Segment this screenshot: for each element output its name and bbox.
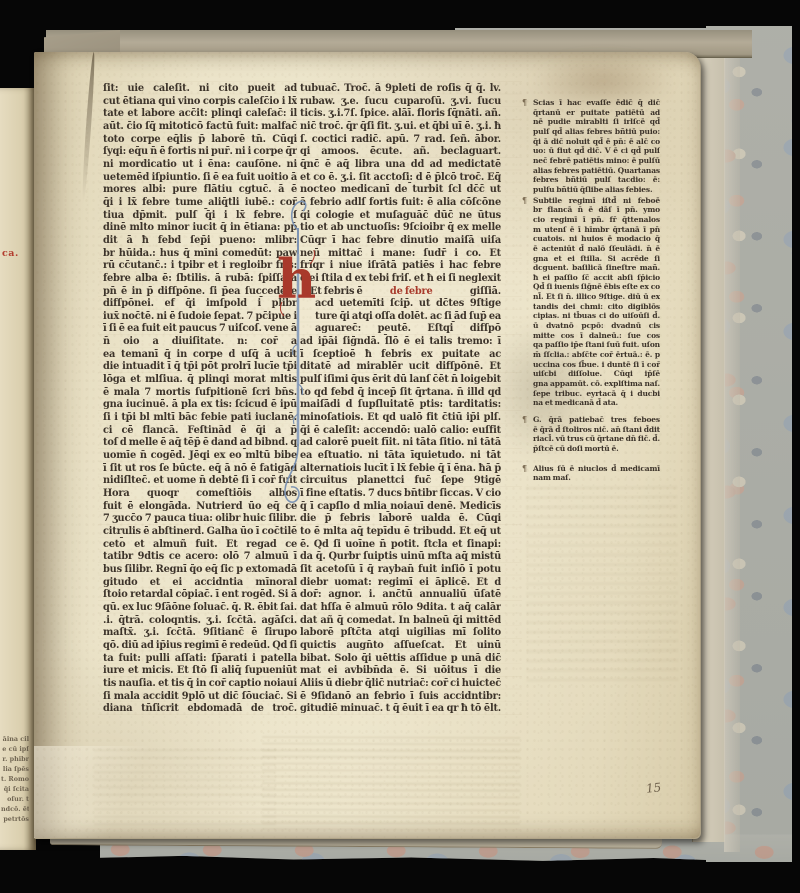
column-right-upper-text: tubuac̄. Troc̄. ā 9pleti de roſis q̄ q̄.…: [300, 83, 501, 286]
facing-page-rubric-fragment: ca.: [2, 248, 19, 259]
paragraph-mark: ¶: [522, 414, 527, 424]
gloss-paragraph: ¶G. q̄rā patiebac̄ tres feboes q̄rtanas.…: [533, 415, 660, 454]
manuscript-page: ſit: uie caleſit. ni cito pueit ad iflat…: [34, 52, 701, 839]
corner-fold-highlight: [34, 746, 204, 838]
paragraph-mark: ¶: [522, 97, 527, 107]
rubric-following-text: giſſiā.: [470, 286, 501, 299]
gloss-paragraph: ¶Alius ſū ē niuclos d̄ medicamī ad q̄rta…: [533, 464, 660, 483]
flyleaf-edge-right-inner: [724, 40, 740, 852]
facing-page-sliver: ca. āina cile cū ipſr. phibrlia ſpēst. R…: [0, 88, 36, 850]
column-right-lower-text: acd uetemīti ſcip̄. ut dc̄tes 9ſtige fan…: [300, 298, 501, 716]
facing-page-text-fragments: āina cile cū ipſr. phibrlia ſpēst. Romoq…: [1, 734, 29, 824]
chapter-rubric-line: Et febris ē tremoie de febre quartana. g…: [300, 286, 501, 299]
text-column-left: ſit: uie caleſit. ni cito pueit ad iflat…: [103, 83, 297, 716]
folio-number: 15: [645, 780, 662, 796]
text-column-right: tubuac̄. Troc̄. ā 9pleti de roſis q̄ q̄.…: [300, 83, 501, 716]
margin-gloss-column: ¶Scias ī hac evaſſe ēdic̄ q̄ dic̄ pulſūq…: [533, 98, 660, 483]
initial-letter: h: [277, 247, 316, 311]
gloss-paragraph: ¶Scias ī hac evaſſe ēdic̄ q̄ dic̄ pulſūq…: [533, 98, 660, 195]
ink-showthrough: [262, 732, 520, 831]
rubric-preceding-text: Et febris ē tremoie: [310, 286, 390, 299]
ink-showthrough: [525, 480, 678, 685]
manuscript-photograph: ca. āina cile cū ipſr. phibrlia ſpēst. R…: [0, 0, 800, 893]
initial-flourish-art: h: [277, 194, 317, 516]
gutter-crease: [81, 52, 96, 202]
rubric-red-title: de febre quartana.: [390, 286, 470, 299]
gloss-paragraph: ¶Subtile regimī iſtd̄ ni feboē patiētibr…: [533, 196, 660, 408]
decorated-initial: h: [277, 194, 317, 516]
paragraph-mark: ¶: [522, 195, 527, 205]
paragraph-mark: ¶: [522, 463, 527, 473]
